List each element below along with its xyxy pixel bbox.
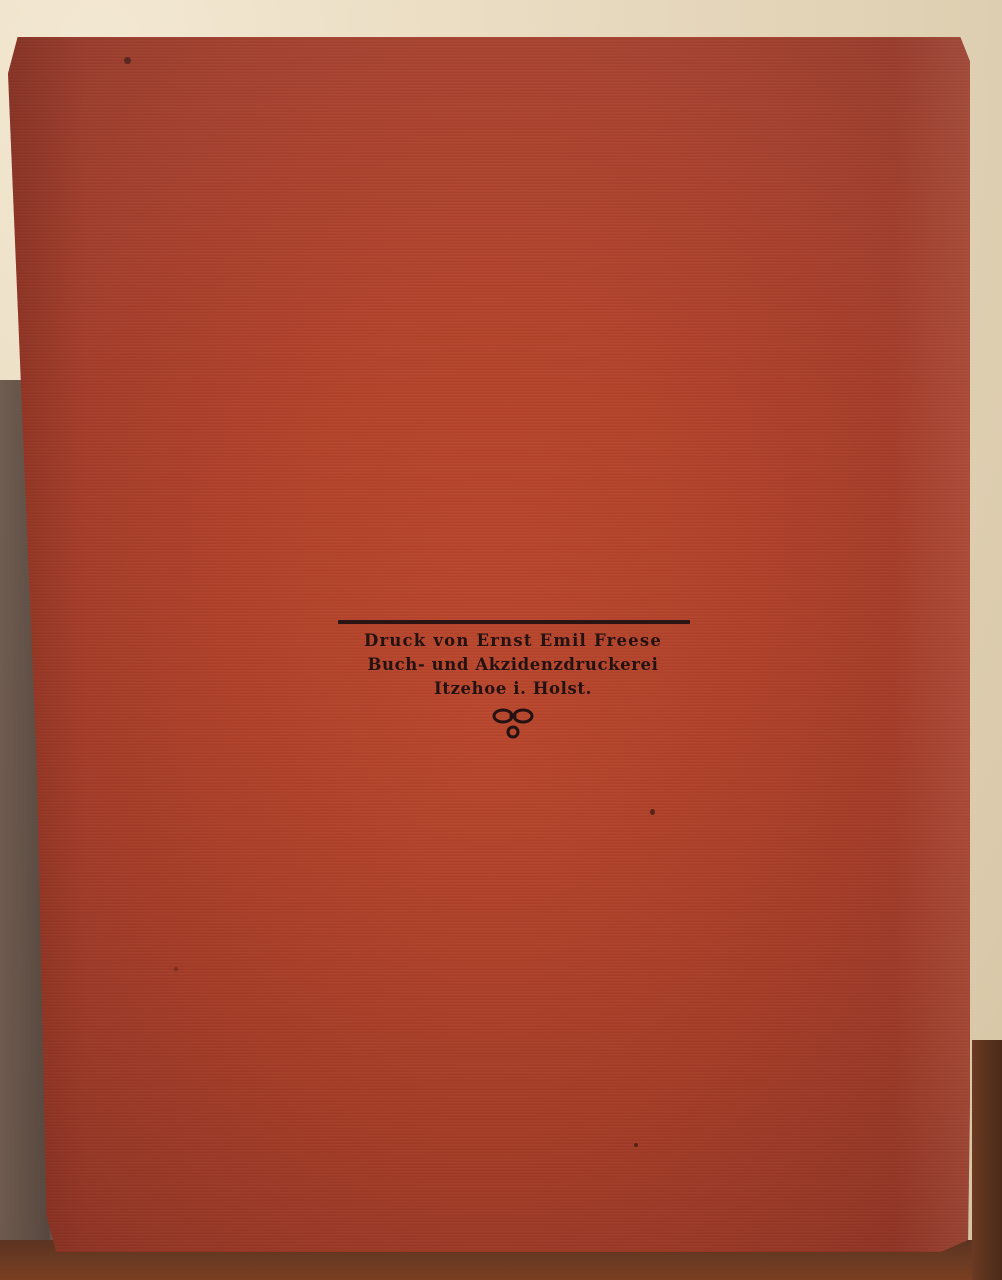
- paper-speck: [634, 1143, 638, 1147]
- imprint-line-location: Itzehoe i. Holst.: [328, 677, 698, 701]
- paper-speck: [650, 809, 655, 815]
- printer-imprint: Druck von Ernst Emil Freese Buch- und Ak…: [328, 620, 698, 741]
- trefoil-ornament-icon: [490, 705, 536, 741]
- imprint-line-business: Buch- und Akzidenzdruckerei: [328, 653, 698, 677]
- paper-speck: [124, 57, 131, 64]
- table-edge: [972, 1040, 1002, 1280]
- imprint-rule: [338, 620, 690, 624]
- paper-speck: [174, 967, 178, 971]
- imprint-line-printer: Druck von Ernst Emil Freese: [328, 629, 698, 653]
